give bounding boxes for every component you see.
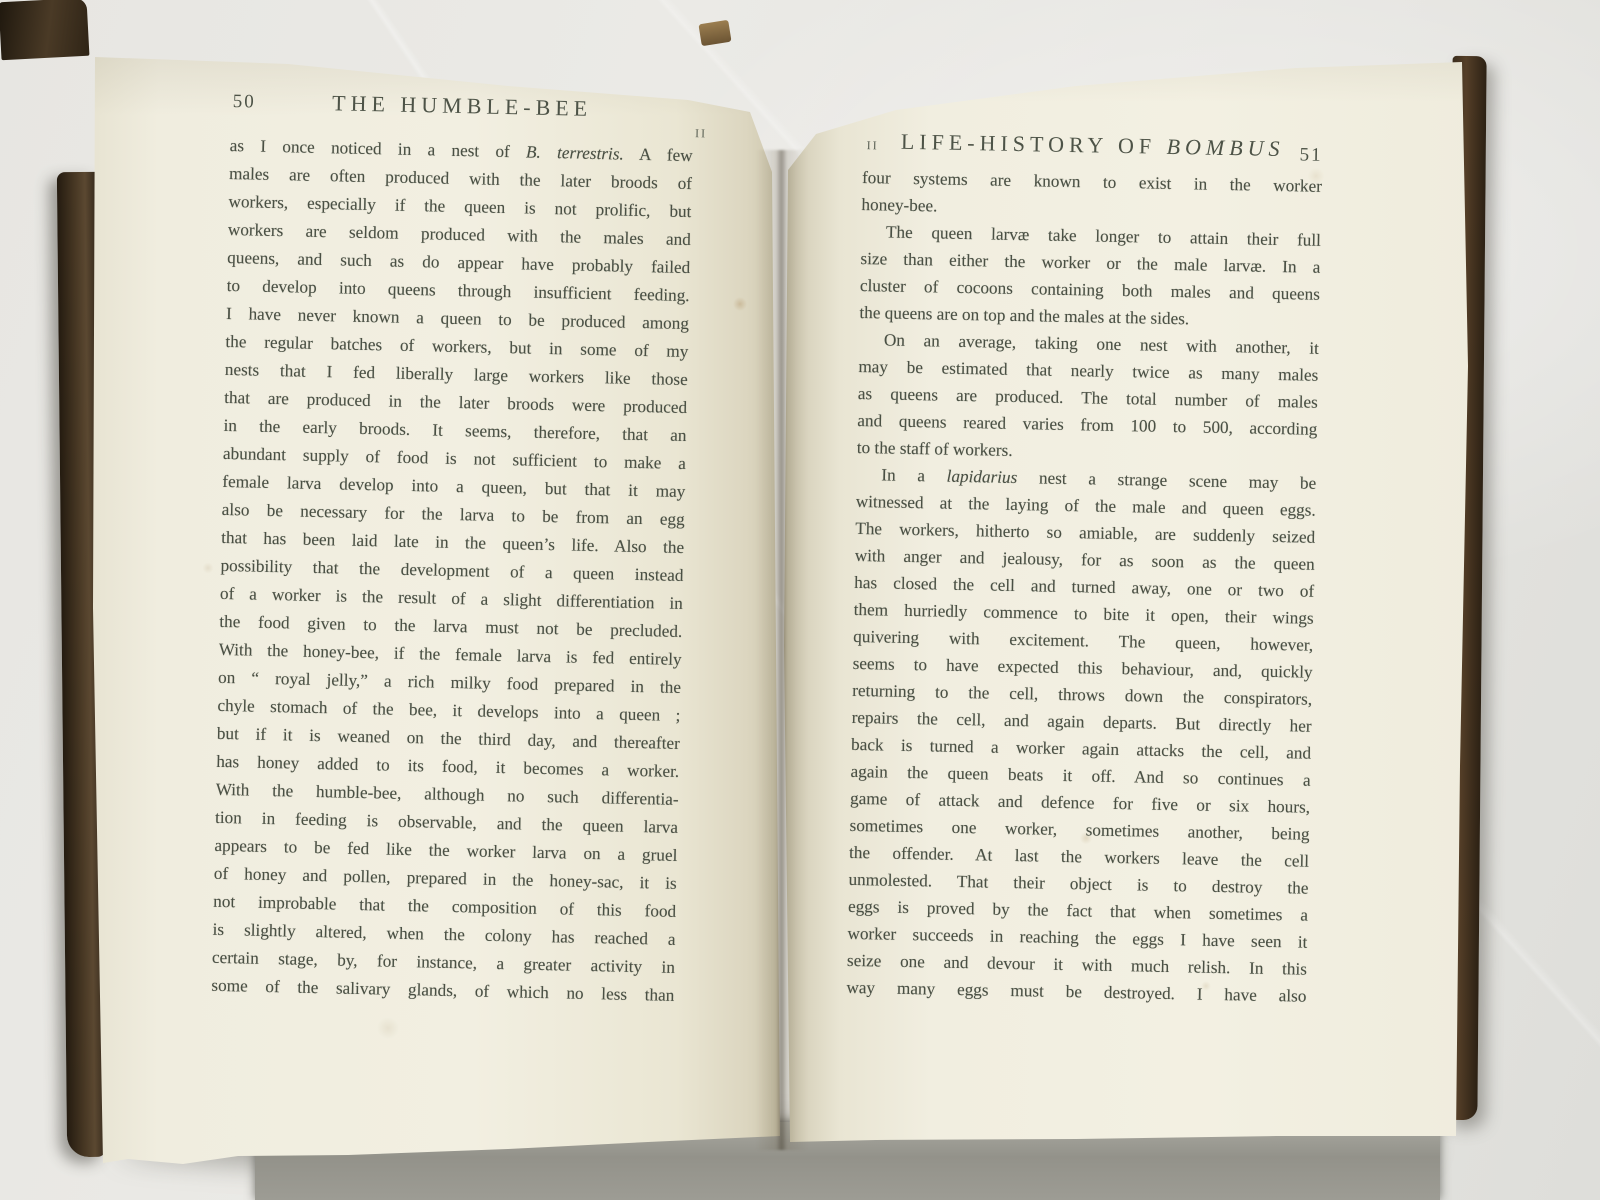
spine-headband	[698, 20, 731, 46]
book-spine-top-edge	[0, 0, 89, 60]
running-title-italic: BOMBUS	[1166, 134, 1284, 161]
left-page: 50 THE HUMBLE-BEE II as I once noticed i…	[88, 48, 788, 1173]
left-page-text: as I once noticed in a nest of B. terres…	[211, 132, 693, 1010]
right-page-header: II LIFE-HISTORY OF BOMBUS 51	[862, 128, 1322, 167]
right-page-number: 51	[1299, 144, 1322, 166]
photo-backdrop: 50 THE HUMBLE-BEE II as I once noticed i…	[0, 0, 1600, 1200]
right-page: II LIFE-HISTORY OF BOMBUS 51 four system…	[776, 46, 1482, 1172]
right-page-text: four systems are known to exist in the w…	[846, 164, 1322, 1010]
right-running-title: LIFE-HISTORY OF BOMBUS	[863, 128, 1323, 163]
